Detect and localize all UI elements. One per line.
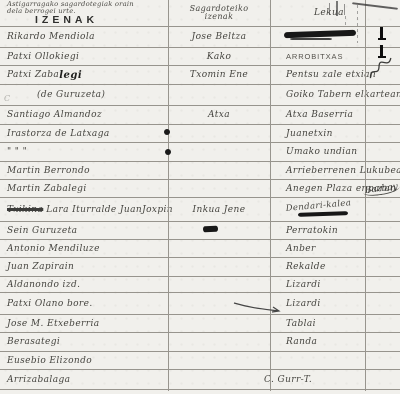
- scanned-document-page: Astigarragako sagardotegiak orain dela b…: [0, 0, 400, 394]
- cidername-cell: [168, 180, 270, 197]
- name-text: Sein Guruzeta: [7, 226, 77, 236]
- name-cell: " " ": [0, 143, 168, 161]
- name-cell: Santiago Almandoz: [0, 106, 168, 124]
- place-text: Rekalde: [286, 262, 326, 272]
- name-text: Patxi Olano bore.: [7, 299, 93, 309]
- pencil-dashed-mark: [357, 5, 358, 43]
- name-text: Irastorza de Latxaga: [7, 129, 110, 139]
- column-header-sagardotegi-line2: izenak: [205, 13, 234, 21]
- table-body: Rikardo MendiolaJose BeltzaPatxi Ollokie…: [0, 27, 400, 390]
- margin-cell: [365, 352, 400, 369]
- margin-cell: [365, 106, 400, 124]
- table-row: (de Guruzeta)Goiko Tabern elkartean: [0, 85, 400, 106]
- place-cell: Pentsu zale etxian: [270, 66, 365, 84]
- place-text: Perratokin: [286, 226, 338, 236]
- cidername-cell: [168, 222, 270, 239]
- header-place-cell: Lekua: [270, 0, 365, 26]
- name-cell: Eusebio Elizondo: [0, 352, 168, 369]
- name-cell: Berasategi: [0, 333, 168, 351]
- name-text: " " ": [7, 147, 27, 157]
- cidername-cell: [168, 333, 270, 351]
- cidername-cell: [168, 315, 270, 332]
- struck-out-name: Txikina: [7, 205, 43, 215]
- place-cell: Goiko Tabern elkartean: [270, 85, 365, 105]
- column-divider-line: [168, 0, 169, 391]
- place-cell: Arrobitxas: [270, 48, 365, 65]
- margin-cell: [365, 125, 400, 142]
- header-names-cell: Astigarragako sagardotegiak orain dela b…: [0, 0, 168, 26]
- table-row: Martin BerrondoArrieberrenen Lukubean: [0, 162, 400, 180]
- cidername-text: Atxa: [208, 110, 230, 120]
- arrow-mark: [233, 300, 281, 314]
- margin-cell: [365, 198, 400, 221]
- name-text: Santiago Almandoz: [7, 110, 102, 120]
- margin-cell: [365, 222, 400, 239]
- place-cell: Perratokin: [270, 222, 365, 239]
- name-cell: Patxi Olano bore.: [0, 293, 168, 314]
- place-cell: C. Gurr-T.: [270, 370, 365, 389]
- cidername-cell: [168, 240, 270, 257]
- cidername-cell: Txomin Ene: [168, 66, 270, 84]
- table-row: BerasategiRanda: [0, 333, 400, 352]
- cidername-cell: Jose Beltza: [168, 27, 270, 47]
- margin-cell: [365, 333, 400, 351]
- place-cell: Rekalde: [270, 258, 365, 276]
- cidername-cell: [168, 258, 270, 276]
- column-divider-line: [270, 0, 271, 391]
- table-row: Santiago AlmandozAtxaAtxa Baserria: [0, 106, 400, 125]
- place-cell: [270, 352, 365, 369]
- table-row: TxikinaLara Iturralde JuanJoxpinInkua Je…: [0, 198, 400, 222]
- cidername-cell: [168, 143, 270, 161]
- table-row: Aldanondo izd.Lizardi: [0, 277, 400, 293]
- name-text: Martin Zabalegi: [7, 184, 87, 194]
- place-text: Umako undian: [286, 147, 357, 157]
- header-cidername-cell: Sagardoteiko izenak: [168, 0, 270, 26]
- name-cell: Aldanondo izd.: [0, 277, 168, 292]
- name-text: (de Guruzeta): [37, 90, 105, 100]
- place-cell: Lizardi: [270, 293, 365, 314]
- name-cell: (de Guruzeta): [0, 85, 168, 105]
- cidername-text: Inkua Jene: [193, 205, 246, 215]
- cidername-cell: [168, 370, 270, 389]
- table-row: Sein GuruzetaPerratokin: [0, 222, 400, 240]
- place-cell: Juanetxin: [270, 125, 365, 142]
- margin-cell: [365, 293, 400, 314]
- place-text: Pentsu zale etxian: [286, 70, 376, 80]
- table-row: " " "Umako undian: [0, 143, 400, 162]
- place-text: Atxa Baserria: [286, 110, 353, 120]
- faint-margin-mark: C: [4, 94, 10, 103]
- table-row: ArrizabalagaC. Gurr-T.: [0, 370, 400, 390]
- place-text: Arrobitxas: [286, 52, 343, 61]
- place-cell: Anber: [270, 240, 365, 257]
- margin-cell: [365, 315, 400, 332]
- pencil-dashed-mark: [345, 16, 346, 28]
- pencil-mark: [336, 1, 338, 16]
- column-header-izenak: IZENAK: [35, 14, 168, 26]
- name-cell: Patxi Zabalegi: [0, 66, 168, 84]
- place-cell: Dendari-kalea: [270, 198, 365, 221]
- place-cell: Anegen Plaza enparan: [270, 180, 365, 197]
- name-cell: Martin Zabalegi: [0, 180, 168, 197]
- margin-cell: [365, 277, 400, 292]
- name-text: Aldanondo izd.: [7, 280, 80, 290]
- name-text: Jose M. Etxeberria: [7, 319, 100, 329]
- cidername-text: Jose Beltza: [192, 32, 247, 42]
- table-row: Patxi OllokiegiKakoArrobitxas: [0, 48, 400, 66]
- name-text: Antonio Mendiluze: [7, 244, 100, 254]
- name-text: Rikardo Mendiola: [7, 32, 95, 42]
- table-row: Patxi Olano bore.Lizardi: [0, 293, 400, 315]
- place-cell: Atxa Baserria: [270, 106, 365, 124]
- name-text: Patxi Ollokiegi: [7, 52, 79, 62]
- table-row: Martin ZabalegiAnegen Plaza enparan: [0, 180, 400, 198]
- name-cell: Antonio Mendiluze: [0, 240, 168, 257]
- place-text: Lizardi: [286, 299, 321, 309]
- cidername-cell: Inkua Jene: [168, 198, 270, 221]
- name-cell: TxikinaLara Iturralde JuanJoxpin: [0, 198, 168, 221]
- table-header-row: Astigarragako sagardotegiak orain dela b…: [0, 0, 400, 27]
- place-cell: Lizardi: [270, 277, 365, 292]
- name-text: Berasategi: [7, 337, 60, 347]
- table-row: Antonio MendiluzeAnber: [0, 240, 400, 258]
- header-note-line2: dela berrogei urte.: [7, 8, 168, 15]
- table-row: Jose M. EtxeberriaTablai: [0, 315, 400, 333]
- name-text: Martin Berrondo: [7, 166, 90, 176]
- name-cell: Martin Berrondo: [0, 162, 168, 179]
- place-text: Randa: [286, 337, 317, 347]
- name-text: Juan Zapirain: [7, 262, 74, 272]
- place-cell: Arrieberrenen Lukubean: [270, 162, 365, 179]
- name-cell: Juan Zapirain: [0, 258, 168, 276]
- bullet-dot: [164, 129, 170, 135]
- cidername-cell: [168, 85, 270, 105]
- place-text: Juanetxin: [286, 129, 333, 139]
- place-cell: Tablai: [270, 315, 365, 332]
- name-cell: Arrizabalaga: [0, 370, 168, 389]
- margin-cell: [365, 85, 400, 105]
- cidername-text: Kako: [207, 52, 232, 62]
- name-text: Arrizabalaga: [7, 375, 70, 385]
- name-cell: Rikardo Mendiola: [0, 27, 168, 47]
- name-cell: Patxi Ollokiegi: [0, 48, 168, 65]
- cidername-cell: [168, 352, 270, 369]
- cidername-cell: Atxa: [168, 106, 270, 124]
- name-text: Lara Iturralde JuanJoxpin: [46, 205, 173, 215]
- place-text: Tablai: [286, 319, 316, 329]
- margin-tally-mark: [378, 38, 386, 40]
- place-text: Anber: [286, 244, 316, 254]
- place-cell: Umako undian: [270, 143, 365, 161]
- place-text: Lizardi: [286, 280, 321, 290]
- ink-blob-mark: [203, 226, 218, 233]
- name-cell: Irastorza de Latxaga: [0, 125, 168, 142]
- bullet-dot: [165, 149, 171, 155]
- margin-cell: [365, 258, 400, 276]
- scribble-mark: [290, 38, 332, 40]
- place-text: C. Gurr-T.: [264, 375, 312, 385]
- pencil-mark: [344, 4, 345, 15]
- name-cell: Sein Guruzeta: [0, 222, 168, 239]
- place-cell: Randa: [270, 333, 365, 351]
- table-row: Juan ZapirainRekalde: [0, 258, 400, 277]
- pencil-mark: [329, 3, 330, 15]
- cidername-cell: [168, 125, 270, 142]
- margin-cell: [365, 162, 400, 179]
- name-cell: Jose M. Etxeberria: [0, 315, 168, 332]
- table-row: Irastorza de LatxagaJuanetxin: [0, 125, 400, 143]
- table-row: Eusebio Elizondo: [0, 352, 400, 370]
- name-text: Patxi Zaba: [7, 70, 59, 80]
- name-bold-overwrite: legi: [59, 70, 82, 81]
- cidername-text: Txomin Ene: [190, 70, 248, 80]
- margin-cell: [365, 143, 400, 161]
- cidername-cell: Kako: [168, 48, 270, 65]
- margin-cell: [365, 370, 400, 389]
- cidername-cell: [168, 162, 270, 179]
- table-row: Patxi ZabalegiTxomin EnePentsu zale etxi…: [0, 66, 400, 85]
- margin-cell: [365, 240, 400, 257]
- cidername-cell: [168, 277, 270, 292]
- name-text: Eusebio Elizondo: [7, 356, 92, 366]
